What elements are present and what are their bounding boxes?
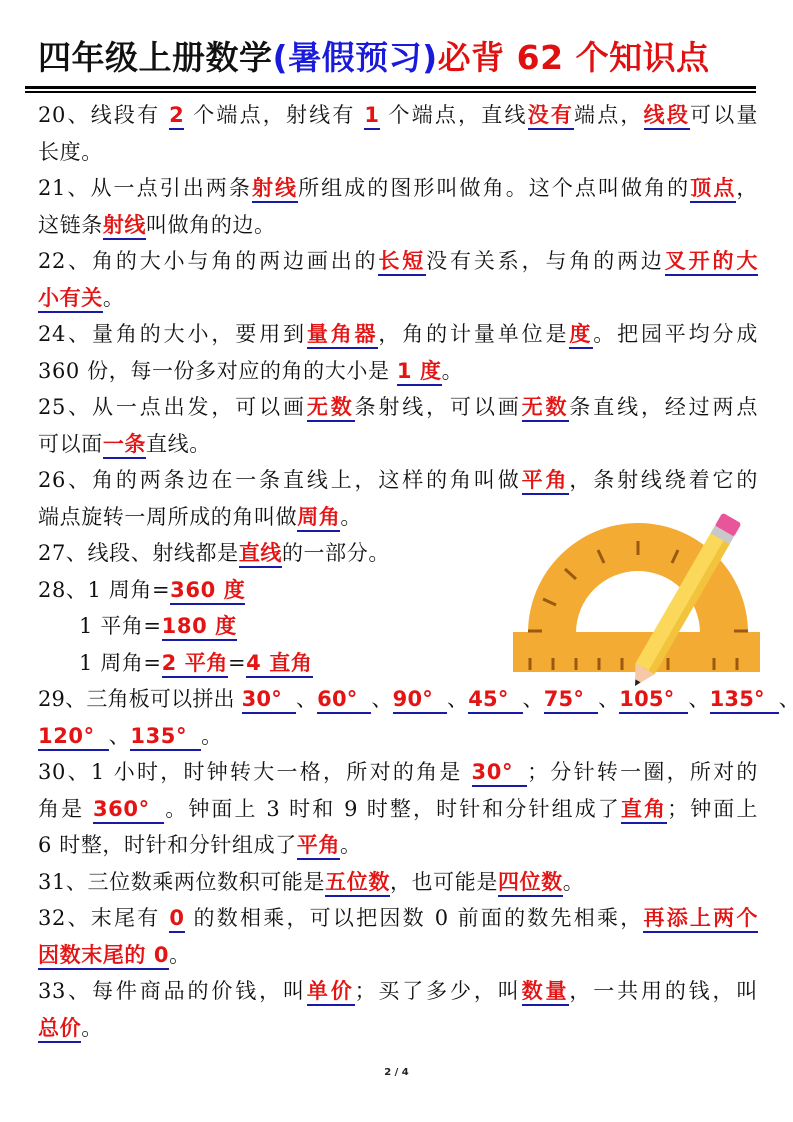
- answer: 120°: [38, 724, 109, 751]
- answer: 再添上两个: [643, 906, 758, 933]
- item-26-line-1: 26、角的两条边在一条直线上，这样的角叫做平角，条射线绕着它的: [38, 462, 758, 499]
- answer: 30°: [472, 760, 528, 787]
- answer: 平角: [297, 833, 340, 860]
- answer: 2: [169, 103, 184, 130]
- answer: 1 度: [397, 359, 442, 386]
- answer: 四位数: [498, 870, 563, 897]
- answer: 105°: [619, 687, 688, 714]
- answer: 线段: [644, 103, 690, 130]
- answer: 平角: [522, 468, 570, 495]
- item-32-line-1: 32、末尾有 0 的数相乘，可以把因数 0 前面的数先相乘，再添上两个: [38, 900, 758, 937]
- answer: 135°: [710, 687, 779, 714]
- title-points: 必背 62 个知识点: [438, 38, 710, 77]
- answer: 无数: [307, 395, 355, 422]
- answer: 直角: [621, 797, 667, 824]
- item-30-line-3: 6 时整，时针和分针组成了平角。: [38, 827, 758, 864]
- item-21-line-1: 21、从一点引出两条射线所组成的图形叫做角。这个点叫做角的顶点，: [38, 170, 758, 207]
- page-number: 2 / 4: [0, 1067, 793, 1078]
- answer: 顶点: [690, 176, 736, 203]
- answer: 360°: [93, 797, 164, 824]
- answer: 数量: [522, 979, 570, 1006]
- item-21-line-2: 这链条射线叫做角的边。: [38, 207, 758, 244]
- answer: 45°: [468, 687, 522, 714]
- answer: 60°: [317, 687, 371, 714]
- answer: 360 度: [170, 578, 245, 605]
- answer: 因数末尾的 0: [38, 943, 169, 970]
- answer: 直线: [239, 541, 282, 568]
- title-summer: (暑假预习): [273, 38, 438, 77]
- item-22-line-1: 22、角的大小与角的两边画出的长短没有关系，与角的两边叉开的大: [38, 243, 758, 280]
- answer: 一条: [103, 432, 146, 459]
- item-20-line-1: 20、线段有 2 个端点，射线有 1 个端点，直线没有端点，线段可以量: [38, 97, 758, 134]
- item-20-line-2: 长度。: [38, 134, 758, 171]
- item-32-line-2: 因数末尾的 0。: [38, 937, 758, 974]
- item-30-line-2: 角是 360°。钟面上 3 时和 9 时整，时针和分针组成了直角；钟面上: [38, 791, 758, 828]
- title-rule-thin: [25, 91, 756, 93]
- answer: 叉开的大: [665, 249, 758, 276]
- answer: 75°: [544, 687, 598, 714]
- answer: 135°: [130, 724, 201, 751]
- answer: 没有: [528, 103, 574, 130]
- protractor-icon: [510, 508, 770, 688]
- answer: 射线: [103, 213, 146, 240]
- answer: 4 直角: [246, 651, 312, 678]
- title-grade: 四年级上册数学: [38, 38, 273, 77]
- title-rule-thick: [25, 86, 756, 89]
- answer: 度: [569, 322, 593, 349]
- item-25-line-1: 25、从一点出发，可以画无数条射线，可以画无数条直线，经过两点: [38, 389, 758, 426]
- answer: 0: [169, 906, 184, 933]
- answer: 单价: [307, 979, 355, 1006]
- answer: 2 平角: [162, 651, 228, 678]
- item-31-line-1: 31、三位数乘两位数积可能是五位数，也可能是四位数。: [38, 864, 758, 901]
- answer: 量角器: [307, 322, 379, 349]
- answer: 90°: [393, 687, 447, 714]
- answer: 1: [364, 103, 379, 130]
- protractor-pencil-illustration: [510, 508, 770, 688]
- page-title: 四年级上册数学(暑假预习)必背 62 个知识点: [38, 30, 756, 86]
- answer: 小有关: [38, 286, 103, 313]
- item-24-line-2: 360 份，每一份多对应的角的大小是 1 度。: [38, 353, 758, 390]
- answer: 周角: [297, 505, 340, 532]
- item-33-line-2: 总价。: [38, 1010, 758, 1047]
- answer: 无数: [522, 395, 570, 422]
- item-25-line-2: 可以面一条直线。: [38, 426, 758, 463]
- answer: 总价: [38, 1016, 81, 1043]
- item-22-line-2: 小有关。: [38, 280, 758, 317]
- item-33-line-1: 33、每件商品的价钱，叫单价；买了多少，叫数量，一共用的钱，叫: [38, 973, 758, 1010]
- item-24-line-1: 24、量角的大小，要用到量角器，角的计量单位是度。把园平均分成: [38, 316, 758, 353]
- answer: 30°: [242, 687, 296, 714]
- item-29-line-2: 120°、135°。: [38, 718, 758, 755]
- answer: 射线: [252, 176, 298, 203]
- item-30-line-1: 30、1 小时，时钟转大一格，所对的角是 30°；分针转一圈，所对的: [38, 754, 758, 791]
- answer: 五位数: [325, 870, 390, 897]
- answer: 180 度: [162, 614, 237, 641]
- answer: 长短: [378, 249, 426, 276]
